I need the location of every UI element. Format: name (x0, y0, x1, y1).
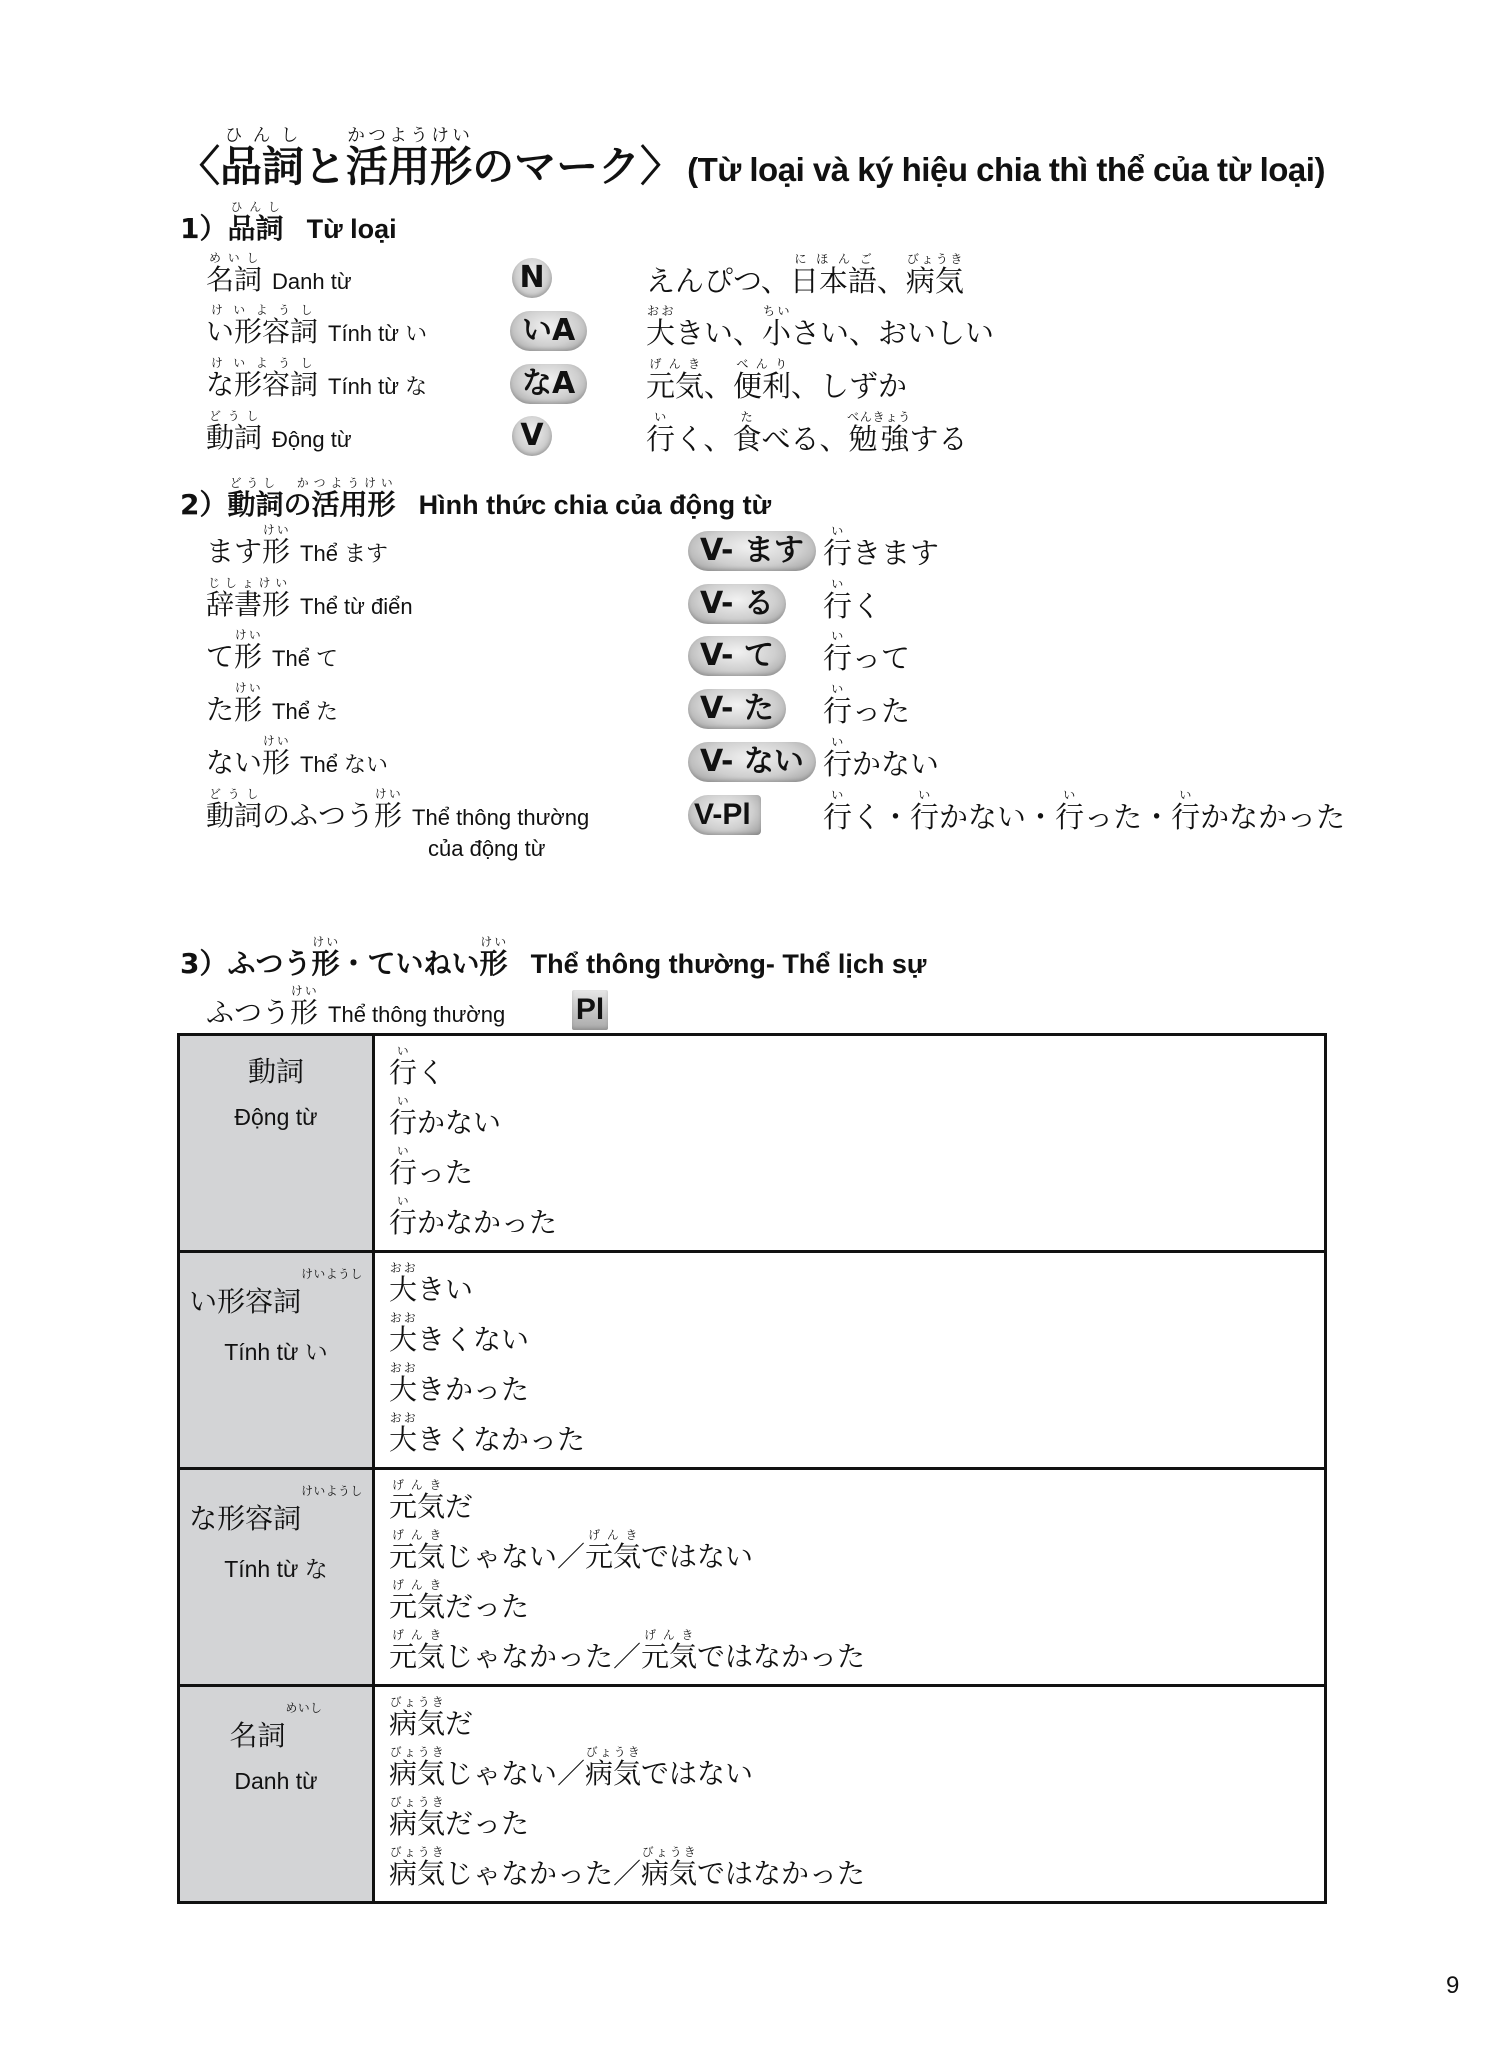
verb-form-plain-example: 行いく・行いかない・行いった・行いかなかった (823, 788, 1345, 836)
pos-row-verb-label: 動詞どうしĐộng từ (206, 409, 352, 456)
plain-form-table: 動詞Động từ 行いく行いかない行いった行いかなかった い形容詞けいようしT… (177, 1033, 1327, 1904)
badge-v-nai: V- ない (688, 742, 816, 782)
verb-form-te-example: 行いって (823, 629, 910, 677)
category-na-adjective: な形容詞けいようしTính từ な (179, 1469, 374, 1686)
badge-verb: V (512, 416, 552, 456)
values-i-adjective: 大おおきい大おおきくない大おおきかった大おおきくなかった (374, 1252, 1326, 1469)
section-3-heading: 3）ふつう形けい・ていねい形けい Thể thông thường- Thể l… (180, 935, 926, 982)
verb-form-te-label: て形けいThể て (206, 628, 338, 675)
verb-form-dictionary-label: 辞書形じしょけいThể từ điển (206, 576, 413, 623)
page-title: 〈品詞ひんしと活用形かつようけいのマーク〉 (Từ loại và ký hiệ… (178, 126, 1325, 194)
section-2-heading: 2）動詞の活用形どうし かつようけい Hình thức chia của độ… (180, 476, 771, 523)
pos-row-na-adj-examples: 元気げんき、便利べんり、しずか (646, 357, 907, 405)
section-1-heading: 1）品詞ひんし Từ loại (180, 200, 397, 247)
table-row: 名詞めいしDanh từ 病気びょうきだ病気びょうきじゃない／病気びょうきではな… (179, 1686, 1326, 1903)
verb-form-dictionary-example: 行いく (823, 577, 881, 625)
verb-form-nai-label: ない形けいThể ない (206, 734, 388, 781)
verb-form-masu-label: ます形けいThể ます (206, 523, 388, 570)
verb-form-plain-label: 動詞どうしのふつう形けいThể thông thường (206, 787, 589, 834)
verb-form-plain-label-line2: của động từ (428, 836, 545, 861)
category-verb: 動詞Động từ (179, 1035, 374, 1252)
verb-form-ta-example: 行いった (823, 682, 910, 730)
pos-row-na-adj-label: な形容詞けいようしTính từ な (206, 356, 427, 403)
table-row: 動詞Động từ 行いく行いかない行いった行いかなかった (179, 1035, 1326, 1252)
verb-form-nai-example: 行いかない (823, 735, 939, 783)
plain-form-legend: ふつう形けいThể thông thường (206, 984, 505, 1031)
verb-form-ta-label: た形けいThể た (206, 681, 338, 728)
badge-v-masu: V- ます (688, 531, 816, 571)
title-japanese: 〈品詞ひんしと活用形かつようけいのマーク〉 (178, 142, 682, 191)
badge-v-te: V- て (688, 636, 786, 676)
page-number: 9 (1446, 1972, 1459, 2000)
badge-na-adjective: なA (510, 364, 587, 404)
title-vietnamese: (Từ loại và ký hiệu chia thì thể của từ … (687, 151, 1325, 188)
values-verb: 行いく行いかない行いった行いかなかった (374, 1035, 1326, 1252)
verb-form-masu-example: 行いきます (823, 524, 939, 572)
badge-i-adjective: いA (510, 311, 587, 351)
table-row: な形容詞けいようしTính từ な 元気げんきだ元気げんきじゃない／元気げんき… (179, 1469, 1326, 1686)
values-na-adjective: 元気げんきだ元気げんきじゃない／元気げんきではない元気げんきだった元気げんきじゃ… (374, 1469, 1326, 1686)
pos-row-i-adj-label: い形容詞けいようしTính từ い (206, 303, 427, 350)
badge-v-ru: V- る (688, 584, 786, 624)
pos-row-noun-label: 名詞めいしDanh từ (206, 251, 352, 298)
badge-v-plain: V-Pl (688, 795, 761, 835)
badge-v-ta: V- た (688, 689, 786, 729)
badge-plain: Pl (572, 990, 608, 1030)
table-row: い形容詞けいようしTính từ い 大おおきい大おおきくない大おおきかった大お… (179, 1252, 1326, 1469)
badge-noun: N (512, 258, 552, 298)
pos-row-verb-examples: 行いく、食たべる、勉強べんきょうする (646, 410, 967, 458)
category-noun: 名詞めいしDanh từ (179, 1686, 374, 1903)
pos-row-noun-examples: えんぴつ、 日本語にほんご、病気びょうき (646, 252, 964, 300)
category-i-adjective: い形容詞けいようしTính từ い (179, 1252, 374, 1469)
values-noun: 病気びょうきだ病気びょうきじゃない／病気びょうきではない病気びょうきだった病気び… (374, 1686, 1326, 1903)
pos-row-i-adj-examples: 大おおきい、小ちいさい、おいしい (646, 304, 994, 352)
